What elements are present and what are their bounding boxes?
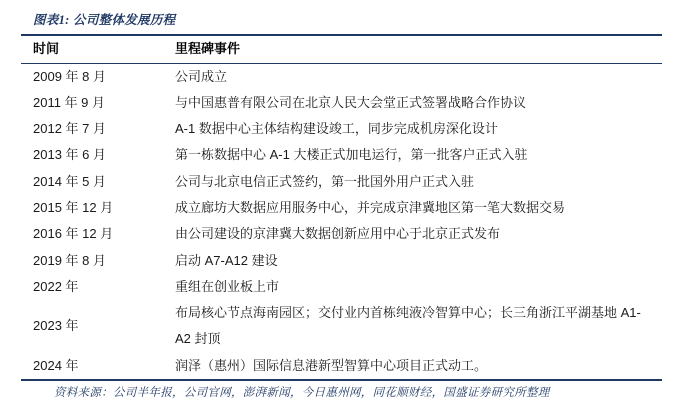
table-row: 2012 年 7 月 A-1 数据中心主体结构建设竣工，同步完成机房深化设计 bbox=[21, 116, 662, 142]
column-header-time: 时间 bbox=[21, 36, 175, 63]
milestone-event: 与中国惠普有限公司在北京人民大会堂正式签署战略合作协议 bbox=[175, 90, 662, 116]
table-row: 2019 年 8 月 启动 A7-A12 建设 bbox=[21, 248, 662, 274]
table-row: 2009 年 8 月 公司成立 bbox=[21, 64, 662, 90]
table-row: 2016 年 12 月 由公司建设的京津冀大数据创新应用中心于北京正式发布 bbox=[21, 221, 662, 247]
milestone-time: 2022 年 bbox=[21, 274, 175, 300]
source-note: 资料来源：公司半年报，公司官网，澎湃新闻，今日惠州网，同花顺财经，国盛证券研究所… bbox=[54, 384, 662, 400]
milestone-time: 2016 年 12 月 bbox=[21, 221, 175, 247]
report-figure: 图表1: 公司整体发展历程 时间 里程碑事件 2009 年 8 月 公司成立 2… bbox=[0, 0, 677, 412]
milestone-event: 润泽（惠州）国际信息港新型智算中心项目正式动工。 bbox=[175, 353, 662, 379]
milestone-time: 2011 年 9 月 bbox=[21, 90, 175, 116]
milestone-event: 公司与北京电信正式签约，第一批国外用户正式入驻 bbox=[175, 169, 662, 195]
milestone-event: 由公司建设的京津冀大数据创新应用中心于北京正式发布 bbox=[175, 221, 662, 247]
table-header-row: 时间 里程碑事件 bbox=[21, 36, 662, 64]
figure-title: 图表1: 公司整体发展历程 bbox=[21, 0, 662, 34]
milestone-time: 2019 年 8 月 bbox=[21, 248, 175, 274]
milestone-time: 2015 年 12 月 bbox=[21, 195, 175, 221]
table-row: 2015 年 12 月 成立廊坊大数据应用服务中心，并完成京津冀地区第一笔大数据… bbox=[21, 195, 662, 221]
milestones-table: 时间 里程碑事件 2009 年 8 月 公司成立 2011 年 9 月 与中国惠… bbox=[21, 34, 662, 381]
table-row: 2024 年 润泽（惠州）国际信息港新型智算中心项目正式动工。 bbox=[21, 353, 662, 379]
table-row: 2014 年 5 月 公司与北京电信正式签约，第一批国外用户正式入驻 bbox=[21, 169, 662, 195]
milestone-time: 2023 年 bbox=[21, 313, 175, 339]
milestone-time: 2013 年 6 月 bbox=[21, 142, 175, 168]
milestone-time: 2024 年 bbox=[21, 353, 175, 379]
table-row: 2013 年 6 月 第一栋数据中心 A-1 大楼正式加电运行，第一批客户正式入… bbox=[21, 142, 662, 168]
milestone-time: 2014 年 5 月 bbox=[21, 169, 175, 195]
column-header-event: 里程碑事件 bbox=[175, 36, 662, 63]
milestone-event: 第一栋数据中心 A-1 大楼正式加电运行，第一批客户正式入驻 bbox=[175, 142, 662, 168]
milestone-time: 2012 年 7 月 bbox=[21, 116, 175, 142]
table-row: 2023 年 布局核心节点海南园区；交付业内首栋纯液冷智算中心；长三角浙江平湖基… bbox=[21, 300, 662, 353]
milestone-event: 布局核心节点海南园区；交付业内首栋纯液冷智算中心；长三角浙江平湖基地 A1-A2… bbox=[175, 300, 662, 353]
table-row: 2011 年 9 月 与中国惠普有限公司在北京人民大会堂正式签署战略合作协议 bbox=[21, 90, 662, 116]
milestone-time: 2009 年 8 月 bbox=[21, 64, 175, 90]
table-row: 2022 年 重组在创业板上市 bbox=[21, 274, 662, 300]
milestone-event: A-1 数据中心主体结构建设竣工，同步完成机房深化设计 bbox=[175, 116, 662, 142]
milestone-event: 成立廊坊大数据应用服务中心，并完成京津冀地区第一笔大数据交易 bbox=[175, 195, 662, 221]
milestone-event: 公司成立 bbox=[175, 64, 662, 90]
milestone-event: 启动 A7-A12 建设 bbox=[175, 248, 662, 274]
milestone-event: 重组在创业板上市 bbox=[175, 274, 662, 300]
